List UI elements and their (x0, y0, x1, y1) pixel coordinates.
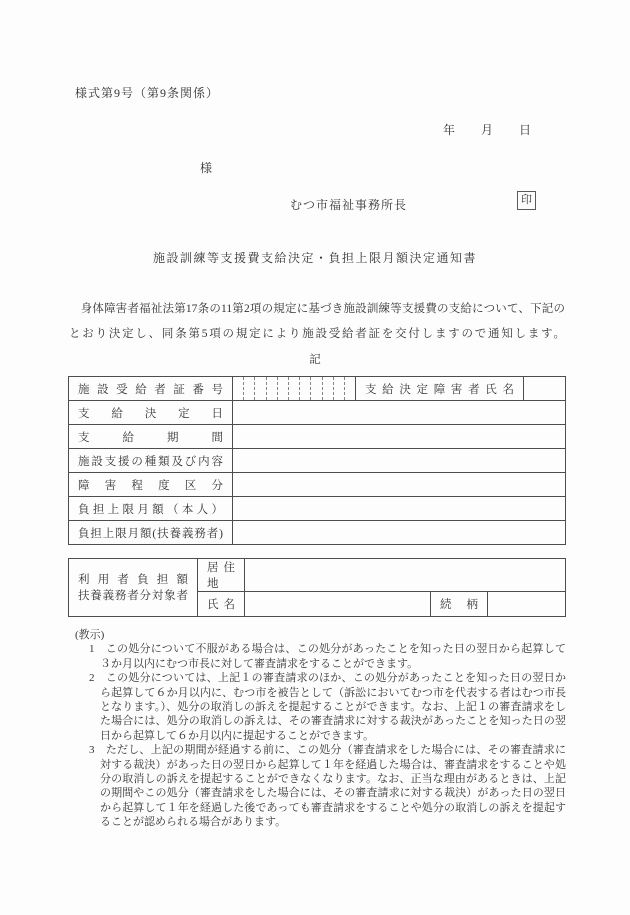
seal-mark: 印 (517, 191, 536, 210)
benefit-period-value (233, 425, 566, 449)
monthly-cap-self-value (233, 497, 566, 521)
name-label: 氏名 (198, 592, 245, 617)
decision-table: 施設受給者証番号 支給決定障害者氏名 支給決定日 支給期間 施設支援の種類及び内… (68, 376, 566, 545)
table-row: 支給期間 (69, 425, 566, 449)
digit-slot (345, 377, 355, 400)
digit-slot (255, 377, 266, 400)
addressee-honorific: 様 (200, 159, 212, 176)
recipient-number-label: 施設受給者証番号 (69, 377, 233, 401)
notice-item-number: 2 (89, 672, 95, 684)
digit-slot (233, 377, 244, 400)
notice-item-number: 1 (89, 643, 95, 655)
support-type-value (233, 449, 566, 473)
digit-slot (278, 377, 289, 400)
support-type-label: 施設支援の種類及び内容 (69, 449, 233, 473)
notice-item-text: ただし、上記の期間が経過する前に、この処分（審査請求をした場合には、その審査請求… (100, 744, 566, 828)
table-row: 施設支援の種類及び内容 (69, 449, 566, 473)
document-page: 様式第9号（第9条関係） 年月日 様 むつ市福祉事務所長 印 施設訓練等支援費支… (0, 0, 630, 915)
digit-slot (311, 377, 322, 400)
date-day-label: 日 (519, 123, 531, 137)
appeal-notice-heading: (教示) (75, 628, 566, 642)
record-marker: 記 (0, 351, 630, 367)
monthly-cap-supporter-label: 負担上限月額(扶養義務者) (69, 521, 233, 545)
relation-value (488, 592, 566, 617)
decided-person-name-label: 支給決定障害者氏名 (356, 377, 524, 401)
supporter-row-header-line2: 扶養義務者分対象者 (78, 588, 188, 604)
residence-value (245, 559, 566, 592)
relation-label: 続柄 (431, 592, 488, 617)
document-title: 施設訓練等支援費支給決定・負担上限月額決定通知書 (0, 249, 630, 266)
notice-item-text: この処分について不服がある場合は、この処分があったことを知った日の翌日から起算し… (100, 643, 566, 669)
name-value (245, 592, 431, 617)
notice-item-number: 3 (89, 744, 95, 756)
decision-date-label: 支給決定日 (69, 401, 233, 425)
appeal-notice-section: (教示) 1この処分について不服がある場合は、この処分があったことを知った日の翌… (75, 628, 566, 830)
digit-slot (300, 377, 311, 400)
table-row: 障害程度区分 (69, 473, 566, 497)
supporter-row-header-line1: 利用者負担額 (78, 572, 188, 588)
residence-label: 居住地 (198, 559, 245, 592)
monthly-cap-supporter-value (233, 521, 566, 545)
table-row: 負担上限月額(扶養義務者) (69, 521, 566, 545)
benefit-period-label: 支給期間 (69, 425, 233, 449)
body-paragraph: 身体障害者福祉法第17条の11第2項の規定に基づき施設訓練等支援費の支給について… (69, 297, 565, 347)
table-row: 利用者負担額 扶養義務者分対象者 居住地 (69, 559, 566, 592)
table-row: 負担上限月額（本人） (69, 497, 566, 521)
monthly-cap-self-label: 負担上限月額（本人） (69, 497, 233, 521)
disability-level-value (233, 473, 566, 497)
recipient-number-field (233, 377, 356, 401)
digit-slot-grid (233, 377, 355, 400)
issuer-title: むつ市福祉事務所長 (290, 196, 407, 213)
appeal-notice-item: 2この処分については、上記１の審査請求のほか、この処分があったことを知った日の翌… (100, 671, 566, 743)
notice-item-text: この処分については、上記１の審査請求のほか、この処分があったことを知った日の翌日… (100, 672, 566, 742)
form-number: 様式第9号（第9条関係） (75, 84, 219, 101)
digit-slot (289, 377, 300, 400)
table-row: 施設受給者証番号 支給決定障害者氏名 (69, 377, 566, 401)
decided-person-name-value (524, 377, 566, 401)
decision-date-value (233, 401, 566, 425)
appeal-notice-item: 1この処分について不服がある場合は、この処分があったことを知った日の翌日から起算… (100, 642, 566, 671)
digit-slot (267, 377, 278, 400)
supporter-row-header: 利用者負担額 扶養義務者分対象者 (69, 559, 198, 617)
table-row: 支給決定日 (69, 401, 566, 425)
date-line: 年月日 (443, 121, 531, 138)
digit-slot (323, 377, 334, 400)
disability-level-label: 障害程度区分 (69, 473, 233, 497)
date-month-label: 月 (481, 123, 493, 137)
digit-slot (244, 377, 255, 400)
supporter-table: 利用者負担額 扶養義務者分対象者 居住地 氏名 続柄 (68, 558, 566, 617)
date-year-label: 年 (443, 123, 455, 137)
digit-slot (334, 377, 345, 400)
appeal-notice-item: 3ただし、上記の期間が経過する前に、この処分（審査請求をした場合には、その審査請… (100, 743, 566, 829)
